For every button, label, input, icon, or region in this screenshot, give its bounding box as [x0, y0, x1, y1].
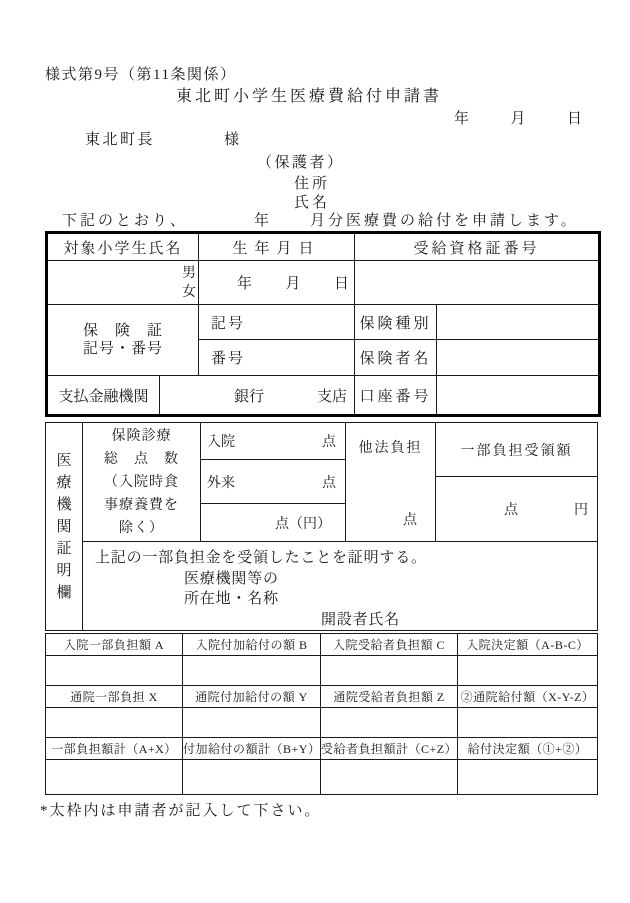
outpatient-copay-value-cell [46, 708, 183, 738]
outpatient-label: 外来 [207, 472, 235, 492]
application-date-line: 年 月 日 [454, 107, 582, 128]
application-form-page: 様式第9号（第11条関係） 東北町小学生医療費給付申請書 年 月 日 東北町長 … [0, 0, 630, 903]
medical-cert-vertical-text: 医療機関証明欄 [56, 450, 73, 604]
bank-branch-input-cell: 銀行 支店 [160, 376, 355, 416]
inpatient-decision-header: 入院決定額（A-B-C） [458, 634, 598, 656]
outpatient-benefit-value-cell [458, 708, 598, 738]
recipient-burden-total-value-cell [321, 760, 458, 795]
date-day-label: 日 [567, 107, 582, 128]
points-yen-label: 点（円） [275, 513, 331, 533]
insurance-card-header: 保 険 証 記号・番号 [47, 305, 199, 376]
branch-suffix-label: 支店 [317, 385, 347, 406]
form-number: 様式第9号（第11条関係） [45, 63, 236, 84]
medical-cert-column-label: 医療機関証明欄 [46, 423, 83, 631]
insurance-type-input-cell [437, 305, 600, 340]
outpatient-recipient-burden-value-cell [321, 708, 458, 738]
inpatient-copay-header: 入院一部負担額 A [46, 634, 183, 656]
total-points-label: 保険診療 総 点 数 （入院時食 事療養費を 除く） [83, 423, 201, 542]
addressee-label: 東北町長 [85, 128, 155, 149]
location-name-label: 所在地・名称 [184, 589, 597, 610]
outpatient-recipient-burden-header: 通院受給者負担額 Z [321, 686, 458, 708]
copay-total-header: 一部負担額計（A+X） [46, 738, 183, 760]
inpatient-label: 入院 [207, 431, 235, 451]
birth-date-input-cell: 年 月 日 [199, 261, 355, 305]
point-unit-label: 点 [322, 431, 336, 451]
other-law-label: 他法負担 [346, 437, 435, 457]
date-month-label: 月 [510, 107, 525, 128]
inpatient-recipient-burden-value-cell [321, 656, 458, 686]
form-title: 東北町小学生医療費給付申請書 [176, 83, 442, 106]
outpatient-additional-benefit-value-cell [183, 708, 321, 738]
inpatient-points-cell: 入院 点 [201, 423, 346, 460]
student-name-header: 対象小学生氏名 [47, 233, 199, 261]
bank-suffix-label: 銀行 [234, 385, 264, 406]
payment-institution-label: 支払金融機関 [47, 376, 160, 416]
copay-yen-unit: 円 [574, 499, 588, 519]
inpatient-copay-value-cell [46, 656, 183, 686]
birth-month-label: 月 [286, 272, 301, 293]
copay-total-value-cell [46, 760, 183, 795]
benefit-decision-total-header: 給付決定額（①+②） [458, 738, 598, 760]
request-sentence-suffix: 月分医療費の給付を申請します。 [310, 209, 579, 230]
institution-label: 医療機関等の [184, 569, 597, 590]
addressee-honorific: 様 [224, 128, 239, 149]
birth-day-label: 日 [334, 272, 349, 293]
additional-benefit-total-value-cell [183, 760, 321, 795]
female-label: 女 [182, 283, 196, 302]
birth-year-label: 年 [237, 272, 252, 293]
inpatient-additional-benefit-value-cell [183, 656, 321, 686]
student-name-input-cell: 男 女 [47, 261, 199, 305]
copay-received-label: 一部負担受領額 [436, 424, 597, 477]
birth-date-header: 生年月日 [199, 233, 355, 261]
insurer-name-input-cell [437, 340, 600, 376]
outpatient-copay-header: 通院一部負担 X [46, 686, 183, 708]
certify-statement: 上記の一部負担金を受領したことを証明する。 [95, 548, 597, 569]
number-label: 番号 [199, 340, 355, 376]
inpatient-decision-value-cell [458, 656, 598, 686]
outpatient-points-cell: 外来 点 [201, 460, 346, 504]
sex-label: 男 女 [182, 264, 196, 302]
certificate-number-input-cell [355, 261, 600, 305]
request-sentence-prefix: 下記のとおり、 [62, 209, 188, 230]
additional-benefit-total-header: 付加給付の額計（B+Y） [183, 738, 321, 760]
founder-name-label: 開設者氏名 [321, 610, 597, 631]
symbol-label: 記号 [199, 305, 355, 340]
thick-frame-footnote: *太枠内は申請者が記入して下さい。 [40, 799, 322, 820]
point-unit-label: 点 [322, 472, 336, 492]
account-number-label: 口座番号 [355, 376, 437, 416]
medical-certification-table: 医療機関証明欄 保険診療 総 点 数 （入院時食 事療養費を 除く） 入院 点 … [45, 422, 598, 631]
copay-point-unit: 点 [504, 499, 518, 519]
certification-statement-cell: 上記の一部負担金を受領したことを証明する。 医療機関等の 所在地・名称 開設者氏… [83, 542, 598, 631]
request-year-label: 年 [254, 209, 269, 230]
insurance-card-line2: 記号・番号 [48, 340, 198, 358]
male-label: 男 [182, 264, 196, 283]
date-year-label: 年 [454, 107, 469, 128]
inpatient-additional-benefit-header: 入院付加給付の額 B [183, 634, 321, 656]
insurance-card-line1: 保 険 証 [48, 322, 198, 340]
recipient-burden-total-header: 受給者負担額計（C+Z） [321, 738, 458, 760]
guardian-label: （保護者） [257, 151, 345, 172]
insurer-name-label: 保険者名 [355, 340, 437, 376]
copay-received-cell: 一部負担受領額 点 円 [436, 423, 598, 542]
account-number-input-cell [437, 376, 600, 416]
other-law-point-unit: 点 [346, 509, 435, 529]
inpatient-recipient-burden-header: 入院受給者負担額 C [321, 634, 458, 656]
benefit-decision-total-value-cell [458, 760, 598, 795]
applicant-info-table: 対象小学生氏名 生年月日 受給資格証番号 男 女 年 月 日 [45, 231, 601, 417]
outpatient-benefit-header: ②通院給付額（X-Y-Z） [458, 686, 598, 708]
other-law-burden-cell: 他法負担 点 [346, 423, 436, 542]
benefit-calculation-table: 入院一部負担額 A 入院付加給付の額 B 入院受給者負担額 C 入院決定額（A-… [45, 633, 598, 795]
outpatient-additional-benefit-header: 通院付加給付の額 Y [183, 686, 321, 708]
insurance-type-label: 保険種別 [355, 305, 437, 340]
certificate-number-header: 受給資格証番号 [355, 233, 600, 261]
guardian-address-label: 住所 [294, 172, 330, 193]
points-yen-total-cell: 点（円） [201, 504, 346, 542]
